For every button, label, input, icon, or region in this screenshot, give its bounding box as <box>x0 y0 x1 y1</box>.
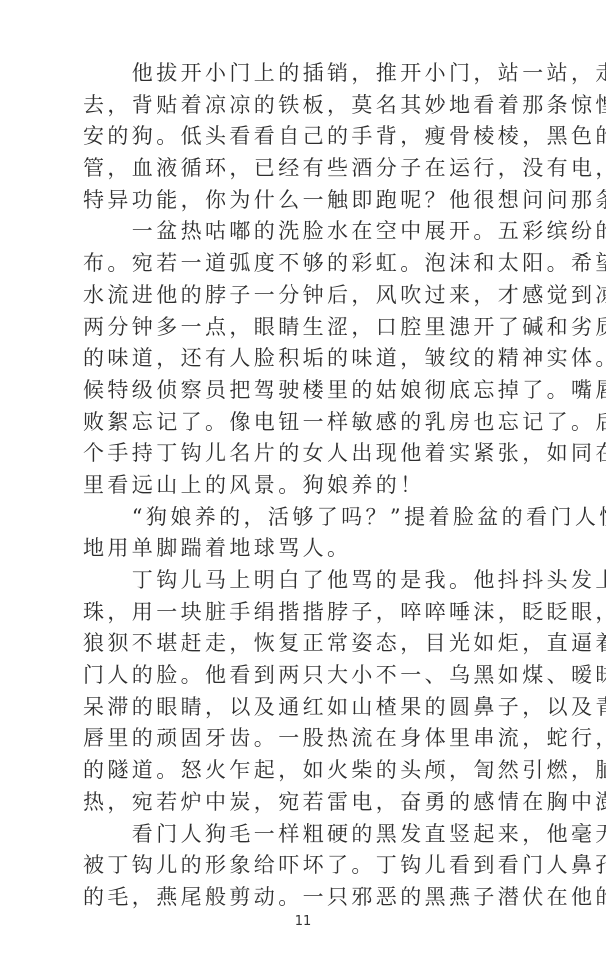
text-line: 被丁钩儿的形象给吓坏了。丁钩儿看到看门人鼻孔里 <box>83 850 543 882</box>
text-line: 安的狗。低头看看自己的手背，瘦骨棱棱，黑色的血 <box>83 121 543 153</box>
text-line: 唇里的顽固牙齿。一股热流在身体里串流，蛇行，蚯蚓 <box>83 723 543 755</box>
text-line: 一盆热咕嘟的洗脸水在空中展开。五彩缤纷的瀑 <box>83 216 543 248</box>
text-line: 珠，用一块脏手绢揩揩脖子，啐啐唾沫，眨眨眼，把 <box>83 597 543 629</box>
book-page: 他拔开小门上的插销，推开小门，站一站，走进 去，背贴着凉凉的铁板，莫名其妙地看着… <box>0 0 606 970</box>
text-line: “狗娘养的，活够了吗？”提着脸盆的看门人愤怒 <box>83 502 543 534</box>
text-line: 特异功能，你为什么一触即跑呢？他很想问问那条狗。 <box>83 185 543 217</box>
body-text: 他拔开小门上的插销，推开小门，站一站，走进 去，背贴着凉凉的铁板，莫名其妙地看着… <box>83 58 543 914</box>
text-line: 看门人狗毛一样粗硬的黑发直竖起来，他毫无疑问 <box>83 819 543 851</box>
text-line: 热，宛若炉中炭，宛若雷电，奋勇的感情在胸中澎湃。 <box>83 787 543 819</box>
text-line: 的隧道。怒火乍起，如火柴的头颅，訇然引燃，脑髓白 <box>83 755 543 787</box>
text-line: 丁钩儿马上明白了他骂的是我。他抖抖头发上的水 <box>83 565 543 597</box>
text-line: 布。宛若一道弧度不够的彩虹。泡沫和太阳。希望。 <box>83 248 543 280</box>
text-line: 他拔开小门上的插销，推开小门，站一站，走进 <box>83 58 543 90</box>
page-number: 11 <box>0 914 606 929</box>
text-line: 候特级侦察员把驾驶楼里的姑娘彻底忘掉了。嘴唇宛若 <box>83 375 543 407</box>
text-line: 的味道，还有人脸积垢的味道，皱纹的精神实体。这时 <box>83 343 543 375</box>
text-line: 管，血液循环，已经有些酒分子在运行，没有电，没有 <box>83 153 543 185</box>
text-line: 呆滞的眼睛，以及通红如山楂果的圆鼻子，以及青色嘴 <box>83 692 543 724</box>
text-line: 败絮忘记了。像电钮一样敏感的乳房也忘记了。后来一 <box>83 407 543 439</box>
text-line: 门人的脸。他看到两只大小不一、乌黑如煤、暧昧、 <box>83 660 543 692</box>
text-line: 地用单脚踹着地球骂人。 <box>83 533 543 565</box>
text-line: 两分钟多一点，眼睛生涩，口腔里漶开了碱和劣质香料 <box>83 312 543 344</box>
text-line: 个手持丁钩儿名片的女人出现他着实紧张，如同在迷雾 <box>83 438 543 470</box>
text-line: 的毛，燕尾般剪动。一只邪恶的黑燕子潜伏在他的头腔 <box>83 882 543 914</box>
text-line: 里看远山上的风景。狗娘养的！ <box>83 470 543 502</box>
text-line: 狼狈不堪赶走，恢复正常姿态，目光如炬，直逼着看 <box>83 628 543 660</box>
text-line: 水流进他的脖子一分钟后，风吹过来，才感觉到凉意。 <box>83 280 543 312</box>
text-line: 去，背贴着凉凉的铁板，莫名其妙地看着那条惊惶不 <box>83 90 543 122</box>
